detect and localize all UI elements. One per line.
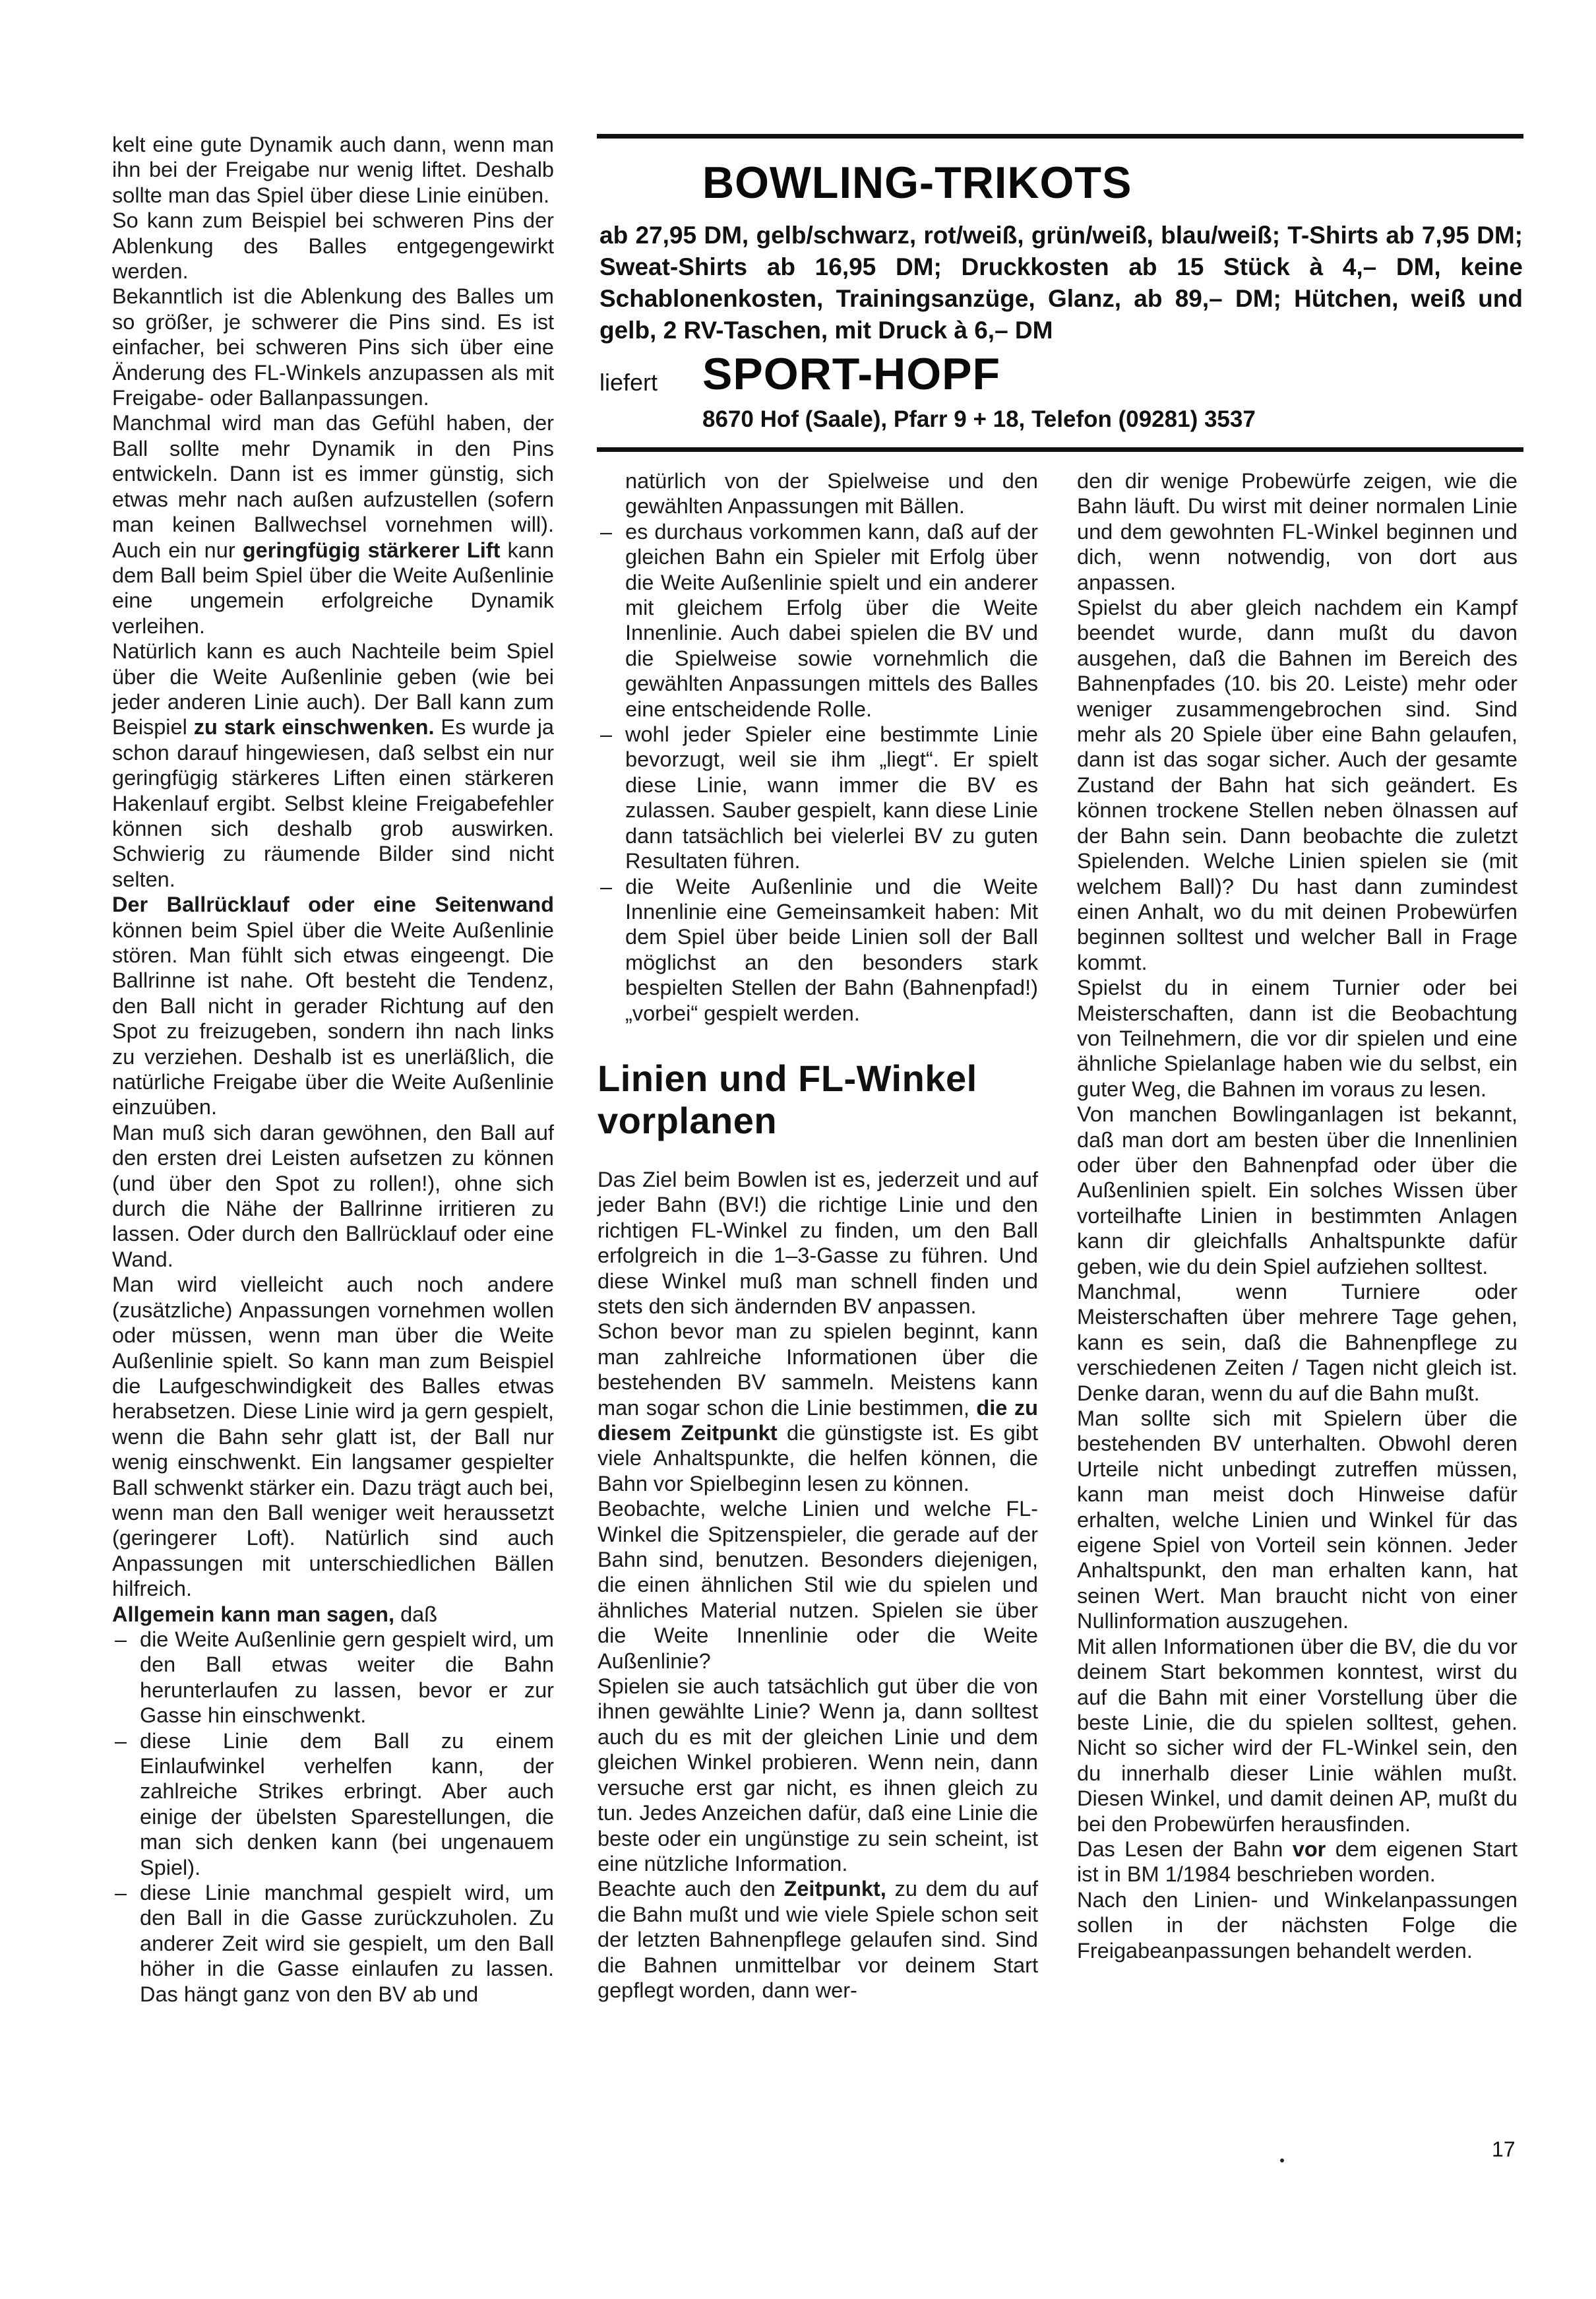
list-item: es durchaus vorkommen kann, daß auf der … [598, 519, 1038, 722]
text-run: Beachte auch den [598, 1877, 783, 1901]
list-item: die Weite Außenlinie gern gespielt wird,… [112, 1627, 554, 1728]
paragraph: Spielst du in einem Turnier oder bei Mei… [1077, 975, 1518, 1102]
paragraph: Natürlich kann es auch Nachteile beim Sp… [112, 639, 554, 892]
middle-column: natürlich von der Spielweise und den gew… [598, 468, 1038, 2003]
list-item: wohl jeder Spieler eine bestimmte Linie … [598, 722, 1038, 873]
dash-list: die Weite Außenlinie gern gespielt wird,… [112, 1627, 554, 2007]
ad-title: BOWLING-TRIKOTS [702, 157, 1132, 208]
list-item: diese Linie dem Ball zu einem Einlaufwin… [112, 1728, 554, 1880]
text-run: können beim Spiel über die Weite Außenli… [112, 918, 554, 1119]
bold-emphasis: geringfügig stärkerer Lift [243, 538, 501, 562]
paragraph: So kann zum Beispiel bei schweren Pins d… [112, 208, 554, 284]
paragraph: Spielen sie auch tatsächlich gut über di… [598, 1674, 1038, 1876]
paragraph: Schon bevor man zu spielen beginnt, kann… [598, 1319, 1038, 1496]
paragraph: Mit allen Informationen über die BV, die… [1077, 1634, 1518, 1837]
text-run: daß [394, 1602, 437, 1626]
paragraph: Von manchen Bowlinganlagen ist bekannt, … [1077, 1102, 1518, 1279]
paragraph: den dir wenige Probewürfe zeigen, wie di… [1077, 468, 1518, 595]
ad-supplier-prefix: liefert [599, 369, 658, 396]
ad-bottom-rule [597, 447, 1523, 452]
text-run: Schon bevor man zu spielen beginnt, kann… [598, 1319, 1038, 1419]
bold-emphasis: zu stark einschwenken. [194, 715, 435, 739]
paragraph: kelt eine gute Dynamik auch dann, wenn m… [112, 132, 554, 208]
paragraph: Man muß sich daran gewöhnen, den Ball au… [112, 1120, 554, 1272]
paragraph: Man sollte sich mit Spielern über die be… [1077, 1406, 1518, 1634]
list-item-continuation: natürlich von der Spielweise und den gew… [598, 468, 1038, 519]
dash-list: natürlich von der Spielweise und den gew… [598, 468, 1038, 1026]
ad-supplier-name: SPORT-HOPF [702, 348, 1000, 400]
paragraph: Nach den Linien- und Winkelanpassungen s… [1077, 1887, 1518, 1963]
paragraph: Beachte auch den Zeitpunkt, zu dem du au… [598, 1876, 1038, 2003]
bold-emphasis: Zeitpunkt, [783, 1877, 886, 1901]
paragraph: Manchmal, wenn Turniere oder Meisterscha… [1077, 1279, 1518, 1406]
ad-body-text: ab 27,95 DM, gelb/schwarz, rot/weiß, grü… [599, 220, 1523, 346]
paragraph: Das Ziel beim Bowlen ist es, jederzeit u… [598, 1167, 1038, 1319]
left-column: kelt eine gute Dynamik auch dann, wenn m… [112, 132, 554, 2007]
bold-emphasis: vor [1293, 1837, 1326, 1861]
scan-speck [1280, 2158, 1284, 2162]
paragraph: Beobachte, welche Linien und welche FL-W… [598, 1496, 1038, 1674]
list-item: diese Linie manchmal gespielt wird, um d… [112, 1880, 554, 2007]
paragraph: Man wird vielleicht auch noch andere (zu… [112, 1272, 554, 1601]
bold-lead-in: Allgemein kann man sagen, [112, 1602, 394, 1626]
section-heading: Linien und FL-Winkel vorplanen [598, 1057, 1038, 1142]
ad-top-rule [597, 134, 1523, 139]
paragraph: Allgemein kann man sagen, daß [112, 1602, 554, 1627]
paragraph: Bekanntlich ist die Ablenkung des Balles… [112, 284, 554, 410]
list-item: die Weite Außenlinie und die Weite Innen… [598, 874, 1038, 1026]
ad-address: 8670 Hof (Saale), Pfarr 9 + 18, Telefon … [702, 406, 1256, 433]
page-number: 17 [1492, 2137, 1516, 2162]
text-run: Es wurde ja schon darauf hingewiesen, da… [112, 715, 554, 891]
right-column: den dir wenige Probewürfe zeigen, wie di… [1077, 468, 1518, 1963]
paragraph: Manchmal wird man das Gefühl haben, der … [112, 410, 554, 639]
advertisement-box: BOWLING-TRIKOTS ab 27,95 DM, gelb/schwar… [597, 134, 1523, 452]
paragraph: Spielst du aber gleich nachdem ein Kampf… [1077, 595, 1518, 975]
text-run: Das Lesen der Bahn [1077, 1837, 1293, 1861]
paragraph: Das Lesen der Bahn vor dem eigenen Start… [1077, 1837, 1518, 1887]
bold-lead-in: Der Ballrücklauf oder eine Seitenwand [112, 893, 554, 916]
paragraph: Der Ballrücklauf oder eine Seitenwand kö… [112, 892, 554, 1120]
